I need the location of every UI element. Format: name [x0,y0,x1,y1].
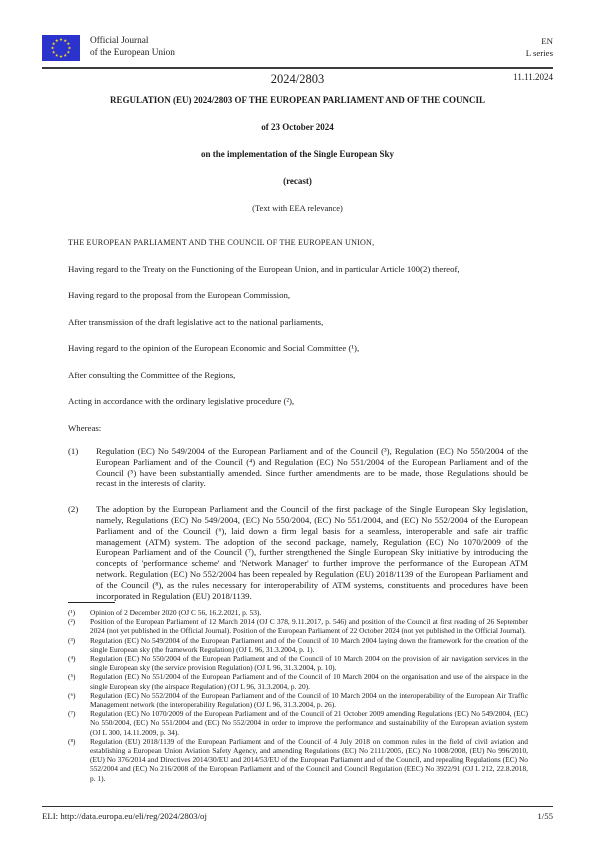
preamble-whereas-label: Whereas: [68,423,527,434]
preamble-paragraph: Having regard to the proposal from the E… [68,290,527,301]
eu-flag-icon [42,35,80,61]
publication-date: 11.11.2024 [513,72,553,82]
footnote-item: (³) Regulation (EC) No 549/2004 of the E… [68,636,528,654]
recital-text: The adoption by the European Parliament … [96,504,528,601]
footnote-marker: (⁶) [68,691,90,709]
document-page: Official Journal of the European Union E… [0,0,595,842]
footnote-marker: (⁴) [68,654,90,672]
recital-number: (2) [68,504,96,601]
footnote-item: (⁵) Regulation (EC) No 551/2004 of the E… [68,672,528,690]
preamble: THE EUROPEAN PARLIAMENT AND THE COUNCIL … [68,237,527,449]
footnote-marker: (⁵) [68,672,90,690]
act-title-subject: on the implementation of the Single Euro… [68,149,527,160]
footnote-separator [68,602,115,603]
page-number: 1/55 [537,811,553,821]
recital-number: (1) [68,446,96,489]
eli-link[interactable]: ELI: http://data.europa.eu/eli/reg/2024/… [42,811,207,821]
footnote-item: (¹) Opinion of 2 December 2020 (OJ C 56,… [68,608,528,617]
footnote-text: Opinion of 2 December 2020 (OJ C 56, 16.… [90,608,528,617]
footnote-marker: (⁸) [68,737,90,783]
act-title-recast: (recast) [68,176,527,187]
footnote-marker: (²) [68,617,90,635]
preamble-paragraph: After consulting the Committee of the Re… [68,370,527,381]
footnote-text: Regulation (EU) 2018/1139 of the Europea… [90,737,528,783]
header-rule [42,67,553,69]
act-title-block: REGULATION (EU) 2024/2803 OF THE EUROPEA… [68,95,527,230]
eea-relevance-note: (Text with EEA relevance) [68,203,527,214]
preamble-paragraph: Having regard to the opinion of the Euro… [68,343,527,354]
preamble-paragraph: After transmission of the draft legislat… [68,317,527,328]
footnote-text: Regulation (EC) No 549/2004 of the Europ… [90,636,528,654]
footnote-marker: (⁷) [68,709,90,737]
footnote-text: Regulation (EC) No 552/2004 of the Europ… [90,691,528,709]
journal-title-line2: of the European Union [90,47,175,59]
preamble-paragraph: Acting in accordance with the ordinary l… [68,396,527,407]
footer: ELI: http://data.europa.eu/eli/reg/2024/… [42,811,553,821]
language-series: EN L series [526,35,553,59]
footnote-item: (⁸) Regulation (EU) 2018/1139 of the Eur… [68,737,528,783]
journal-title-line1: Official Journal [90,35,175,47]
preamble-enacting-institutions: THE EUROPEAN PARLIAMENT AND THE COUNCIL … [68,237,527,248]
footnote-marker: (³) [68,636,90,654]
footnotes: (¹) Opinion of 2 December 2020 (OJ C 56,… [68,608,528,783]
header: Official Journal of the European Union E… [42,35,553,61]
language-code: EN [526,35,553,47]
footnote-text: Position of the European Parliament of 1… [90,617,528,635]
act-title-line1: REGULATION (EU) 2024/2803 OF THE EUROPEA… [68,95,527,106]
footnote-text: Regulation (EC) No 550/2004 of the Europ… [90,654,528,672]
footnote-item: (⁷) Regulation (EC) No 1070/2009 of the … [68,709,528,737]
footnote-marker: (¹) [68,608,90,617]
footnote-item: (²) Position of the European Parliament … [68,617,528,635]
series-label: L series [526,47,553,59]
recital-item: (1) Regulation (EC) No 549/2004 of the E… [68,446,528,489]
journal-title: Official Journal of the European Union [90,35,175,59]
recital-item: (2) The adoption by the European Parliam… [68,504,528,601]
footnote-item: (⁶) Regulation (EC) No 552/2004 of the E… [68,691,528,709]
document-number: 2024/2803 [42,72,553,87]
footer-rule [42,806,553,807]
footnote-text: Regulation (EC) No 1070/2009 of the Euro… [90,709,528,737]
preamble-paragraph: Having regard to the Treaty on the Funct… [68,264,527,275]
footnote-text: Regulation (EC) No 551/2004 of the Europ… [90,672,528,690]
act-title-date: of 23 October 2024 [68,122,527,133]
recital-text: Regulation (EC) No 549/2004 of the Europ… [96,446,528,489]
recitals: (1) Regulation (EC) No 549/2004 of the E… [68,446,528,616]
footnote-item: (⁴) Regulation (EC) No 550/2004 of the E… [68,654,528,672]
